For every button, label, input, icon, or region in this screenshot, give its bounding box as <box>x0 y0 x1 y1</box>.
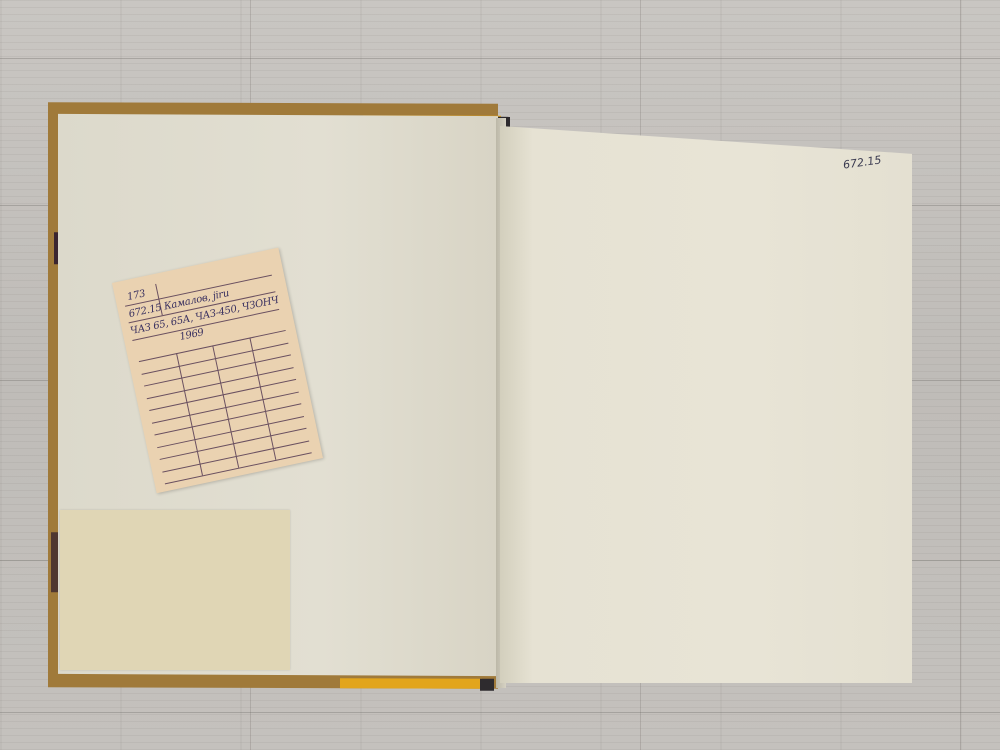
table-board-edge <box>960 0 961 750</box>
card-grid-col-line <box>212 345 239 467</box>
table-plank-seam <box>0 712 1000 713</box>
cover-dark-corner-bottom <box>480 679 494 691</box>
library-card-pocket <box>60 510 290 670</box>
cover-yellow-band-bottom <box>340 678 482 688</box>
card-grid-col-line <box>176 353 203 475</box>
card-grid-col-line <box>249 338 276 460</box>
table-plank-seam <box>0 58 1000 59</box>
blank-right-page <box>500 126 912 683</box>
